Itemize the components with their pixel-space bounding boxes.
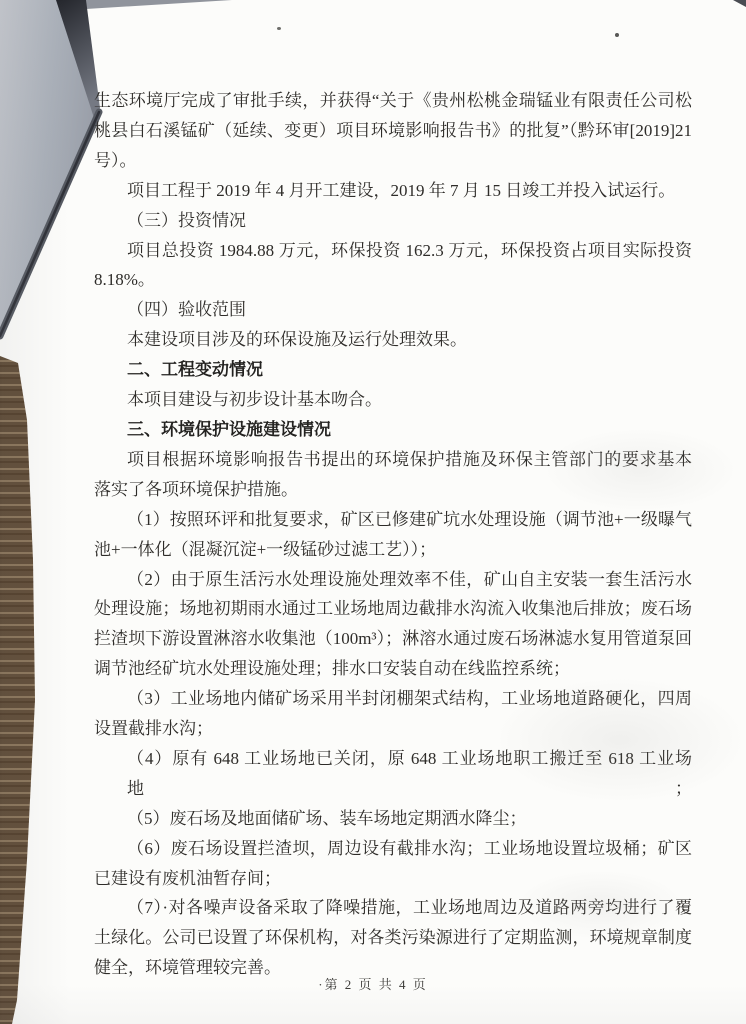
text-line: 号）。 <box>94 146 692 176</box>
corner-nick-artifact <box>724 0 746 8</box>
text-line: （2）由于原生活污水处理设施处理效率不佳，矿山自主安装一套生活污水 <box>94 565 692 595</box>
text-line: （1）按照环评和批复要求，矿区已修建矿坑水处理设施（调节池+一级曝气 <box>94 505 692 535</box>
text-line: （3）工业场地内储矿场采用半封闭棚架式结构，工业场地道路硬化，四周 <box>94 684 692 714</box>
text-line: （4）原有 648 工业场地已关闭，原 648 工业场地职工搬迁至 618 工业… <box>94 744 692 804</box>
text-line: 处理设施；场地初期雨水通过工业场地周边截排水沟流入收集池后排放；废石场 <box>94 594 692 624</box>
text-line: 桃县白石溪锰矿（延续、变更）项目环境影响报告书》的批复”（黔环审[2019]21 <box>94 116 692 146</box>
text-line: 已建设有废机油暂存间； <box>94 864 692 894</box>
text-line: 池+一体化（混凝沉淀+一级锰砂过滤工艺））； <box>94 535 692 565</box>
scanned-document-page: 生态环境厅完成了审批手续，并获得“关于《贵州松桃金瑞锰业有限责任公司松桃县白石溪… <box>0 0 746 1024</box>
text-line: 项目工程于 2019 年 4 月开工建设，2019 年 7 月 15 日竣工并投… <box>94 176 692 206</box>
scan-speck <box>615 33 619 37</box>
text-line: （四）验收范围 <box>94 295 692 325</box>
text-line: 本项目建设与初步设计基本吻合。 <box>94 385 692 415</box>
text-line: （7）·对各噪声设备采取了降噪措施，工业场地周边及道路两旁均进行了覆 <box>94 893 692 923</box>
text-line: 三、环境保护设施建设情况 <box>94 415 692 445</box>
text-line: 土绿化。公司已设置了环保机构，对各类污染源进行了定期监测，环境规章制度 <box>94 923 692 953</box>
text-line: 项目根据环境影响报告书提出的环境保护措施及环保主管部门的要求基本 <box>94 445 692 475</box>
text-line: 8.18%。 <box>94 265 692 295</box>
top-edge-sliver <box>86 0 232 9</box>
text-line: 落实了各项环境保护措施。 <box>94 475 692 505</box>
scan-speck <box>277 27 281 30</box>
text-line: 拦渣坝下游设置淋溶水收集池（100m³）；淋溶水通过废石场淋滤水复用管道泵回 <box>94 624 692 654</box>
text-line: （三）投资情况 <box>94 206 692 236</box>
text-line: （6）废石场设置拦渣坝，周边设有截排水沟；工业场地设置垃圾桶；矿区 <box>94 834 692 864</box>
text-line: 设置截排水沟； <box>94 714 692 744</box>
text-line: 项目总投资 1984.88 万元，环保投资 162.3 万元，环保投资占项目实际… <box>94 236 692 266</box>
page-number: ·第 2 页 共 4 页 <box>0 974 746 993</box>
text-line: 生态环境厅完成了审批手续，并获得“关于《贵州松桃金瑞锰业有限责任公司松 <box>94 86 692 116</box>
text-line: 本建设项目涉及的环保设施及运行处理效果。 <box>94 325 692 355</box>
document-body: 生态环境厅完成了审批手续，并获得“关于《贵州松桃金瑞锰业有限责任公司松桃县白石溪… <box>94 86 692 983</box>
text-line: （5）废石场及地面储矿场、装车场地定期洒水降尘； <box>94 804 692 834</box>
text-line: 二、工程变动情况 <box>94 355 692 385</box>
text-line: 调节池经矿坑水处理设施处理；排水口安装自动在线监控系统； <box>94 654 692 684</box>
